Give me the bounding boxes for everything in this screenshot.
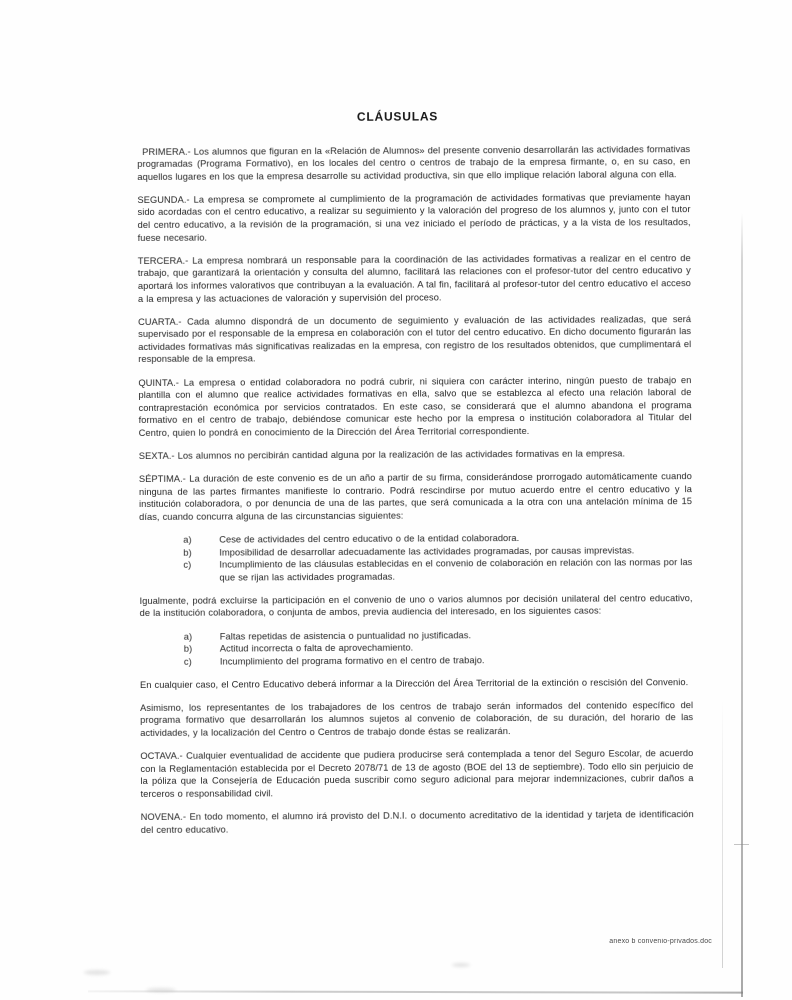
clause-sexta: SEXTA.- Los alumnos no percibirán cantid… bbox=[139, 447, 692, 462]
clause-octava: OCTAVA.- Cualquier eventualidad de accid… bbox=[140, 747, 693, 800]
paragraph-asimismo: Asimismo, los representantes de los trab… bbox=[140, 699, 693, 740]
clause-cuarta: CUARTA.- Cada alumno dispondrá de un doc… bbox=[138, 313, 691, 366]
paragraph-en-cualquier-caso: En cualquier caso, el Centro Educativo d… bbox=[140, 676, 693, 691]
paragraph-igualmente: Igualmente, podrá excluirse la participa… bbox=[140, 592, 693, 620]
scan-edge-right-inner bbox=[722, 700, 723, 968]
list-item-marker: a) bbox=[183, 534, 219, 547]
list-item: c) Incumplimiento de las cláusulas estab… bbox=[183, 556, 692, 584]
clause-segunda: SEGUNDA.- La empresa se compromete al cu… bbox=[137, 191, 690, 244]
list-item-marker: a) bbox=[184, 630, 220, 643]
scan-smudge bbox=[146, 988, 176, 992]
list-item-text: Incumplimiento de las cláusulas establec… bbox=[219, 556, 692, 584]
scan-smudge bbox=[84, 970, 110, 975]
scan-smudge bbox=[452, 963, 470, 967]
list-item-marker: c) bbox=[183, 559, 219, 584]
footer-filename: anexo b convenio-privados.doc bbox=[0, 938, 712, 945]
list-item-marker: b) bbox=[184, 643, 220, 656]
scan-edge-bottom bbox=[88, 990, 743, 993]
scanned-page: CLÁUSULAS PRIMERA.- Los alumnos que figu… bbox=[0, 0, 792, 1000]
scan-edge-tick bbox=[734, 844, 749, 845]
termination-causes-list: a) Cese de actividades del centro educat… bbox=[183, 531, 692, 584]
document-body: CLÁUSULAS PRIMERA.- Los alumnos que figu… bbox=[137, 109, 694, 847]
list-item-marker: b) bbox=[183, 546, 219, 559]
clause-novena: NOVENA.- En todo momento, el alumno irá … bbox=[141, 808, 694, 836]
list-item-marker: c) bbox=[184, 655, 220, 668]
clause-primera: PRIMERA.- Los alumnos que figuran en la … bbox=[137, 143, 690, 184]
list-item: c) Incumplimiento del programa formativo… bbox=[184, 653, 693, 668]
clause-tercera: TERCERA.- La empresa nombrará un respons… bbox=[138, 252, 691, 305]
exclusion-causes-list: a) Faltas repetidas de asistencia o punt… bbox=[184, 628, 693, 668]
clause-quinta: QUINTA.- La empresa o entidad colaborado… bbox=[138, 374, 691, 440]
clause-septima: SÉPTIMA.- La duración de este convenio e… bbox=[139, 470, 692, 523]
list-item-text: Incumplimiento del programa formativo en… bbox=[220, 653, 693, 668]
document-title: CLÁUSULAS bbox=[121, 109, 674, 124]
scan-edge-right bbox=[741, 213, 743, 997]
